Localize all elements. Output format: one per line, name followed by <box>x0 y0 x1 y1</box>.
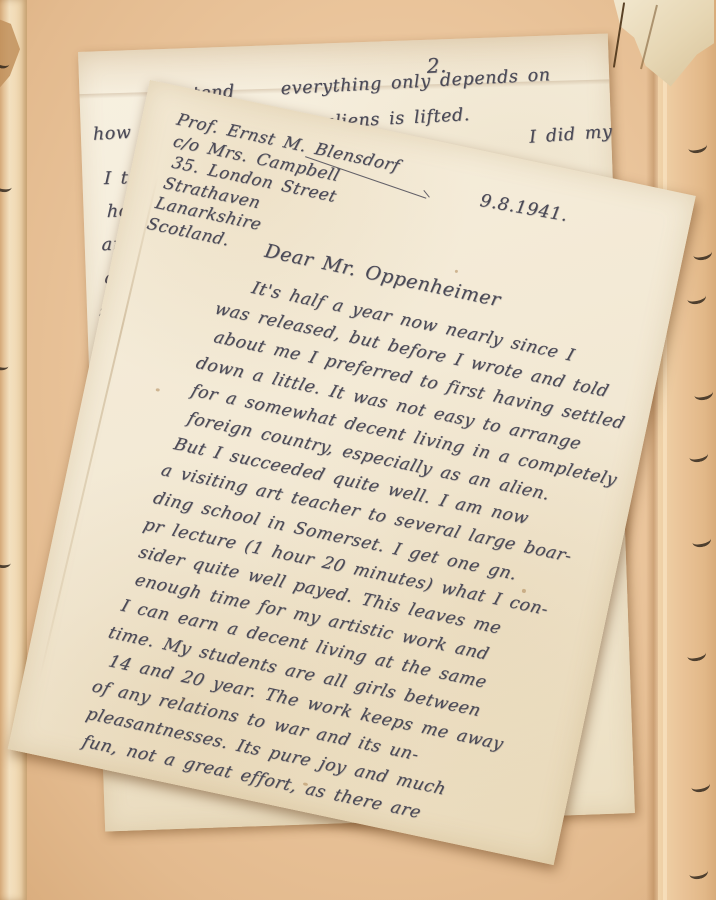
photo-of-handwritten-letters: 2. intendeverything only depends on how … <box>0 0 716 900</box>
paper-fleck <box>455 270 459 274</box>
handwriting-fragment: I did my <box>529 122 614 148</box>
letter-date: 9.8.1941. <box>478 191 569 226</box>
paper-fleck <box>155 388 160 392</box>
album-left-binding-edge <box>0 0 27 900</box>
